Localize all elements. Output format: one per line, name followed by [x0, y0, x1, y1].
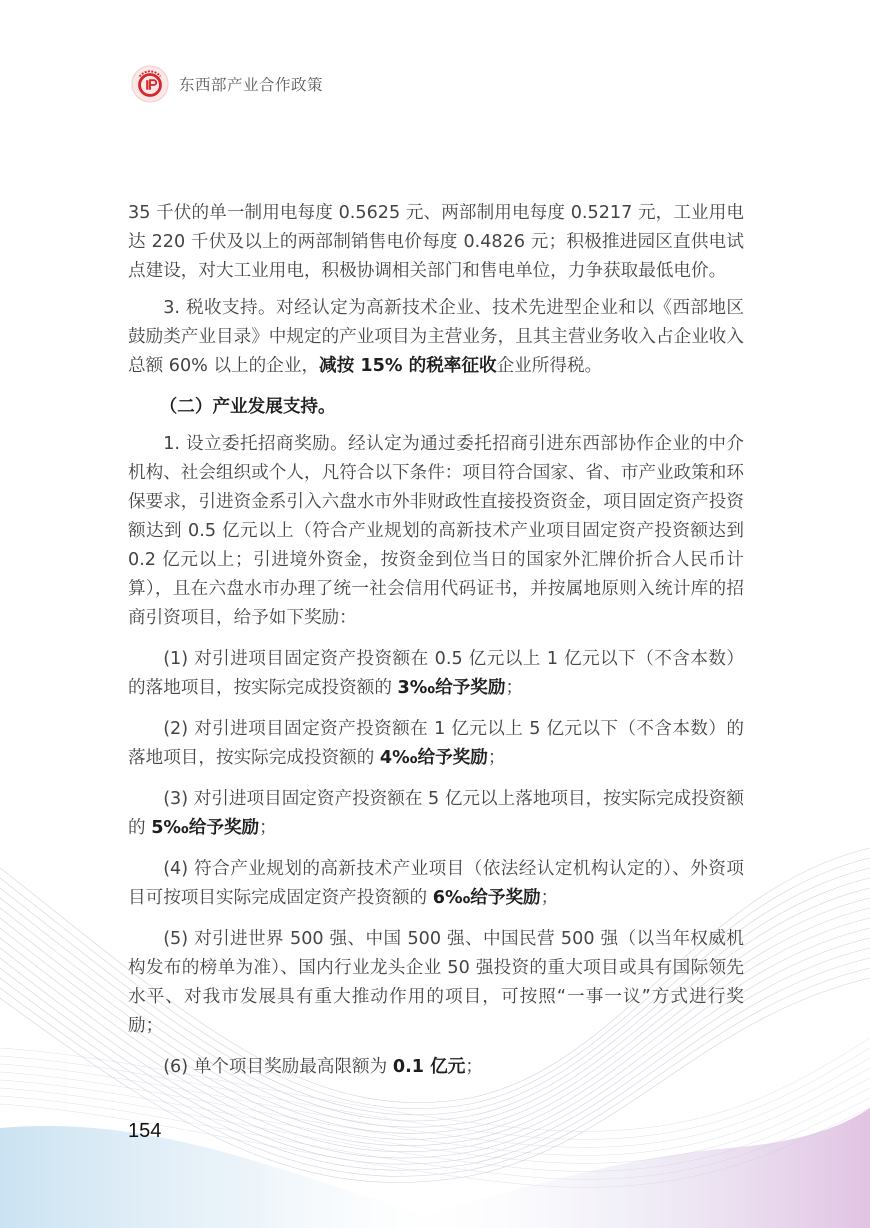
- document-body: 35 千伏的单一制用电每度 0.5625 元、两部制用电每度 0.5217 元，…: [128, 199, 744, 1082]
- reward-cap-highlight: 0.1 亿元: [393, 1057, 465, 1077]
- reward-item-end: ；: [505, 678, 523, 698]
- reward-item-text: (5) 对引进世界 500 强、中国 500 强、中国民营 500 强（以当年权…: [128, 929, 744, 1036]
- tax-rate-highlight: 减按 15% 的税率征收: [319, 356, 497, 376]
- reward-rate-highlight: 3‰给予奖励: [398, 678, 506, 698]
- reward-rate-highlight: 6‰给予奖励: [433, 888, 541, 908]
- reward-item-end: ；: [488, 748, 506, 768]
- reward-item-end: ；: [259, 818, 277, 838]
- reward-item-4: (4) 符合产业规划的高新技术产业项目（依法经认定机构认定的）、外资项目可按项目…: [128, 855, 744, 913]
- page-header: 东西部产业合作政策: [131, 64, 323, 104]
- reward-item-6: (6) 单个项目奖励最高限额为 0.1 亿元；: [128, 1053, 744, 1082]
- reward-item-5: (5) 对引进世界 500 强、中国 500 强、中国民营 500 强（以当年权…: [128, 925, 744, 1041]
- paragraph-entrusted-investment: 1. 设立委托招商奖励。经认定为通过委托招商引进东西部协作企业的中介机构、社会组…: [128, 430, 744, 633]
- reward-rate-highlight: 4‰给予奖励: [380, 748, 488, 768]
- reward-item-end: ；: [465, 1057, 483, 1077]
- red-circular-emblem-icon: [131, 65, 169, 103]
- paragraph-tax-support: 3. 税收支持。对经认定为高新技术企业、技术先进型企业和以《西部地区鼓励类产业目…: [128, 294, 744, 381]
- reward-item-end: ；: [541, 888, 559, 908]
- reward-item-2: (2) 对引进项目固定资产投资额在 1 亿元以上 5 亿元以下（不含本数）的落地…: [128, 715, 744, 773]
- reward-item-1: (1) 对引进项目固定资产投资额在 0.5 亿元以上 1 亿元以下（不含本数）的…: [128, 645, 744, 703]
- reward-item-3: (3) 对引进项目固定资产投资额在 5 亿元以上落地项目，按实际完成投资额的 5…: [128, 785, 744, 843]
- publication-title: 东西部产业合作政策: [179, 73, 323, 95]
- reward-item-text: (6) 单个项目奖励最高限额为: [163, 1057, 393, 1077]
- paragraph-electricity-price: 35 千伏的单一制用电每度 0.5625 元、两部制用电每度 0.5217 元，…: [128, 199, 744, 286]
- section-heading: （二）产业发展支持。: [128, 393, 744, 422]
- page-number: 154: [128, 1120, 161, 1143]
- tax-support-text-end: 企业所得税。: [497, 356, 603, 376]
- reward-rate-highlight: 5‰给予奖励: [151, 818, 259, 838]
